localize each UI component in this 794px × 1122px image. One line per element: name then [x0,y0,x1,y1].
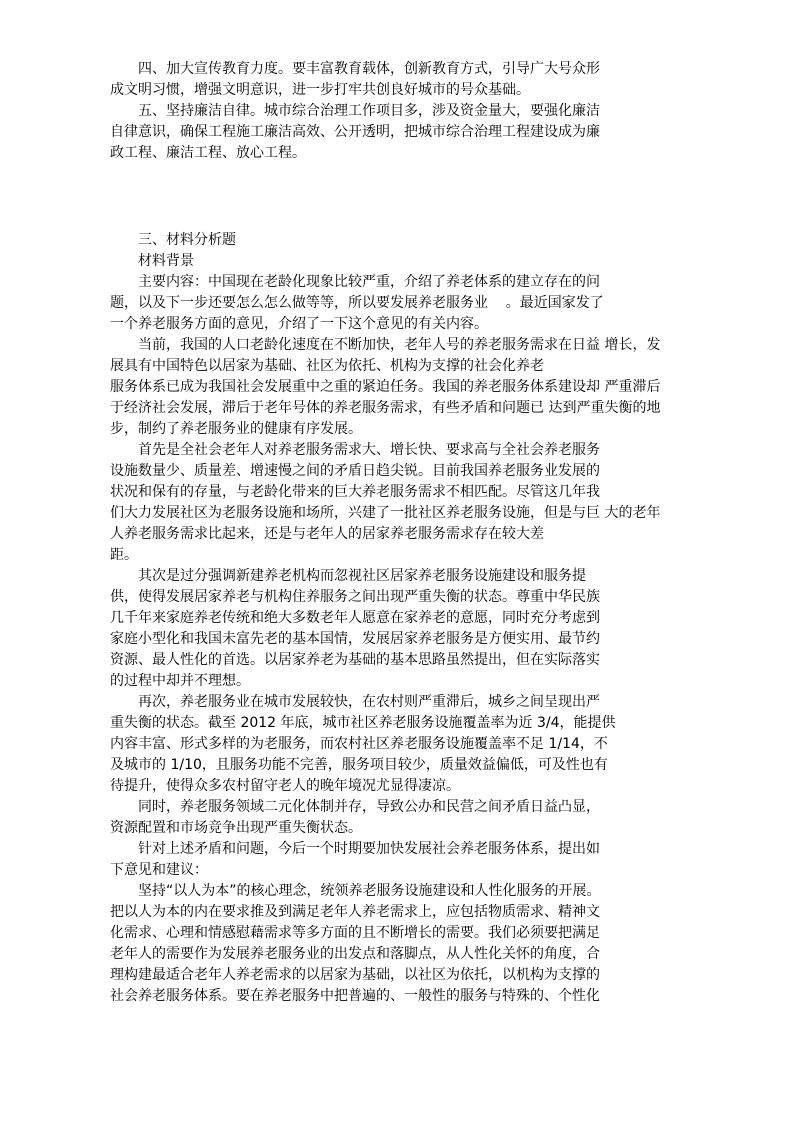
text-line: 老年人的需要作为发展养老服务业的出发点和落脚点，从人性化关怀的角度，合 [110,944,754,965]
text-line: 化需求、心理和情感慰藉需求等多方面的且不断增长的需要。我们必须要把满足 [110,923,754,944]
text-line: 四、加大宣传教育力度。要丰富教育载体，创新教育方式，引导广大号众形 [110,59,754,80]
text-line: 材料背景 [110,251,754,272]
text-line: 五、坚持廉洁自律。城市综合治理工作项目多，涉及资金量大，要强化廉洁 [110,101,754,122]
heading-material-background: 材料背景 [110,251,754,272]
text-line: 社会养老服务体系。要在养老服务中把普遍的、一般性的服务与特殊的、个性化 [110,986,754,1007]
text-line: 针对上述矛盾和问题，今后一个时期要加快发展社会养老服务体系，提出如 [110,839,754,860]
paragraph-current-situation: 当前，我国的人口老龄化速度在不断加快，老年人号的养老服务需求在日益 增长，发展具… [110,335,754,440]
text-line: 一个养老服务方面的意见，介绍了一下这个意见的有关内容。 [110,314,754,335]
text-line: 资源、最人性化的首选。以居家养老为基础的基本思路虽然提出，但在实际落实 [110,650,754,671]
paragraph-people-oriented-principle: 坚持“以人为本”的核心理念，统领养老服务设施建设和人性化服务的开展。把以人为本的… [110,881,754,1007]
text-line: 政工程、廉洁工程、放心工程。 [110,143,754,164]
text-line: 几千年来家庭养老传统和绝大多数老年人愿意在家养老的意愿，同时充分考虑到 [110,608,754,629]
section-gap [110,164,754,230]
text-line: 成文明习惯，增强文明意识，进一步打牢共创良好城市的号众基础。 [110,80,754,101]
text-line: 的过程中却并不理想。 [110,671,754,692]
text-line: 其次是过分强调新建养老机构而忽视社区居家养老服务设施建设和服务提 [110,566,754,587]
text-line: 自律意识，确保工程施工廉洁高效、公开透明，把城市综合治理工程建设成为廉 [110,122,754,143]
text-line: 服务体系已成为我国社会发展重中之重的紧迫任务。我国的养老服务体系建设却 严重滞后 [110,377,754,398]
text-line: 距。 [110,545,754,566]
paragraph-main-content: 主要内容：中国现在老龄化现象比较严重，介绍了养老体系的建立存在的问题，以及下一步… [110,272,754,335]
text-line: 设施数量少、质量差、增速慢之间的矛盾日趋尖锐。目前我国养老服务业发展的 [110,461,754,482]
text-line: 供，使得发展居家养老与机构住养服务之间出现严重失衡的状态。尊重中华民族 [110,587,754,608]
text-line: 于经济社会发展，滞后于老年号体的养老服务需求，有些矛盾和问题已 达到严重失衡的地 [110,398,754,419]
text-line: 题，以及下一步还要怎么怎么做等等，所以要发展养老服务业 。最近国家发了 [110,293,754,314]
paragraph-integrity-self-discipline: 五、坚持廉洁自律。城市综合治理工作项目多，涉及资金量大，要强化廉洁自律意识，确保… [110,101,754,164]
paragraph-suggestions-intro: 针对上述矛盾和问题，今后一个时期要加快发展社会养老服务体系，提出如下意见和建议： [110,839,754,881]
text-line: 把以人为本的内在要求推及到满足老年人养老需求上，应包括物质需求、精神文 [110,902,754,923]
text-line: 重失衡的状态。截至 2012 年底，城市社区养老服务设施覆盖率为近 3/4，能提… [110,713,754,734]
heading-material-analysis: 三、材料分析题 [110,230,754,251]
paragraph-publicity-education: 四、加大宣传教育力度。要丰富教育载体，创新教育方式，引导广大号众形成文明习惯，增… [110,59,754,101]
text-line: 家庭小型化和我国未富先老的基本国情，发展居家养老服务是方便实用、最节约 [110,629,754,650]
text-line: 及城市的 1/10，且服务功能不完善，服务项目较少，质量效益偏低，可及性也有 [110,755,754,776]
text-line: 待提升，使得众多农村留守老人的晚年境况尤显得凄凉。 [110,776,754,797]
text-line: 人养老服务需求比起来，还是与老年人的居家养老服务需求存在较大差 [110,524,754,545]
text-line: 步，制约了养老服务业的健康有序发展。 [110,419,754,440]
text-line: 坚持“以人为本”的核心理念，统领养老服务设施建设和人性化服务的开展。 [110,881,754,902]
paragraph-thirdly-urban-rural-imbalance: 再次，养老服务业在城市发展较快，在农村则严重滞后，城乡之间呈现出严重失衡的状态。… [110,692,754,797]
text-line: 同时，养老服务领域二元化体制并存，导致公办和民营之间矛盾日益凸显， [110,797,754,818]
text-line: 当前，我国的人口老龄化速度在不断加快，老年人号的养老服务需求在日益 增长，发 [110,335,754,356]
text-line: 三、材料分析题 [110,230,754,251]
paragraph-firstly-demand-gap: 首先是全社会老年人对养老服务需求大、增长快、要求高与全社会养老服务设施数量少、质… [110,440,754,566]
text-line: 资源配置和市场竞争出现严重失衡状态。 [110,818,754,839]
text-line: 内容丰富、形式多样的为老服务，而农村社区养老服务设施覆盖率不足 1/14，不 [110,734,754,755]
text-line: 理构建最适合老年人养老需求的以居家为基础，以社区为依托，以机构为支撑的 [110,965,754,986]
text-line: 展具有中国特色以居家为基础、社区为依托、机构为支撑的社会化养老 [110,356,754,377]
document-page: 四、加大宣传教育力度。要丰富教育载体，创新教育方式，引导广大号众形成文明习惯，增… [0,0,794,1122]
text-line: 下意见和建议： [110,860,754,881]
paragraph-meanwhile-dual-system: 同时，养老服务领域二元化体制并存，导致公办和民营之间矛盾日益凸显，资源配置和市场… [110,797,754,839]
text-line: 首先是全社会老年人对养老服务需求大、增长快、要求高与全社会养老服务 [110,440,754,461]
text-line: 主要内容：中国现在老龄化现象比较严重，介绍了养老体系的建立存在的问 [110,272,754,293]
text-line: 状况和保有的存量，与老龄化带来的巨大养老服务需求不相匹配。尽管这几年我 [110,482,754,503]
text-line: 们大力发展社区为老服务设施和场所，兴建了一批社区养老服务设施，但是与巨 大的老年 [110,503,754,524]
text-line: 再次，养老服务业在城市发展较快，在农村则严重滞后，城乡之间呈现出严 [110,692,754,713]
paragraph-secondly-home-care-imbalance: 其次是过分强调新建养老机构而忽视社区居家养老服务设施建设和服务提供，使得发展居家… [110,566,754,692]
document-text-area: 四、加大宣传教育力度。要丰富教育载体，创新教育方式，引导广大号众形成文明习惯，增… [110,59,754,1007]
